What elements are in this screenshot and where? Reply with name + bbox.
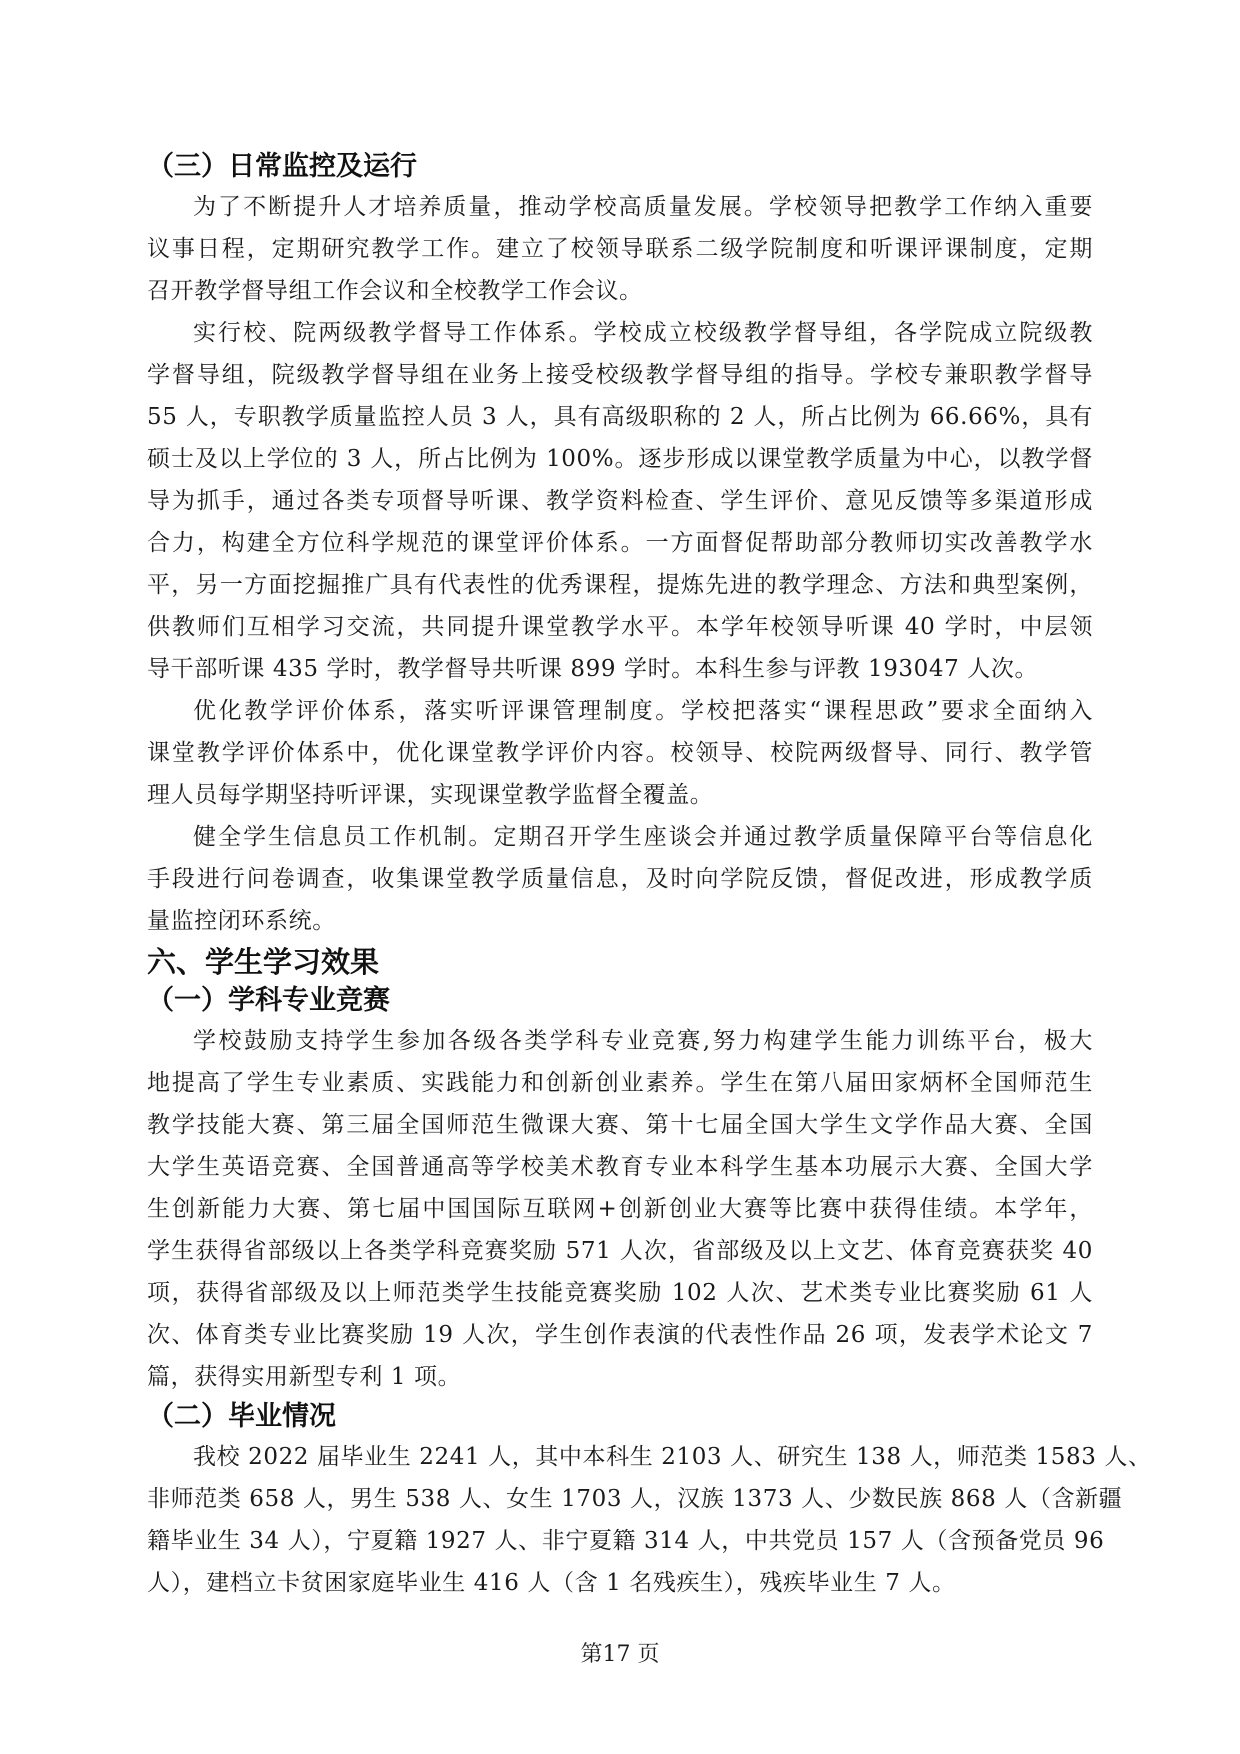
text-line: 健全学生信息员工作机制。定期召开学生座谈会并通过教学质量保障平台等信息化: [147, 816, 1093, 858]
text-line: 学校鼓励支持学生参加各级各类学科专业竞赛,努力构建学生能力训练平台，极大: [147, 1020, 1093, 1062]
text-line: 我校 2022 届毕业生 2241 人，其中本科生 2103 人、研究生 138…: [147, 1436, 1093, 1478]
document-page: （三）日常监控及运行 为了不断提升人才培养质量，推动学校高质量发展。学校领导把教…: [0, 0, 1240, 1754]
paragraph-competitions: 学校鼓励支持学生参加各级各类学科专业竞赛,努力构建学生能力训练平台，极大 地提高…: [147, 1020, 1093, 1398]
text-line: 教学技能大赛、第三届全国师范生微课大赛、第十七届全国大学生文学作品大赛、全国: [147, 1104, 1093, 1146]
text-line: 大学生英语竞赛、全国普通高等学校美术教育专业本科学生基本功展示大赛、全国大学: [147, 1146, 1093, 1188]
text-line: 生创新能力大赛、第七届中国国际互联网+创新创业大赛等比赛中获得佳绩。本学年，: [147, 1188, 1093, 1230]
text-line: 手段进行问卷调查，收集课堂教学质量信息，及时向学院反馈，督促改进，形成教学质: [147, 858, 1093, 900]
text-line: 学督导组，院级教学督导组在业务上接受校级教学督导组的指导。学校专兼职教学督导: [147, 354, 1093, 396]
text-line: 量监控闭环系统。: [147, 900, 1093, 942]
text-line: 优化教学评价体系，落实听评课管理制度。学校把落实“课程思政”要求全面纳入: [147, 690, 1093, 732]
paragraph-student-informants: 健全学生信息员工作机制。定期召开学生座谈会并通过教学质量保障平台等信息化 手段进…: [147, 816, 1093, 942]
text-line: 理人员每学期坚持听评课，实现课堂教学监督全覆盖。: [147, 774, 1093, 816]
heading-learning-outcomes: 六、学生学习效果: [147, 942, 1093, 982]
text-line: 召开教学督导组工作会议和全校教学工作会议。: [147, 270, 1093, 312]
paragraph-supervision-system: 实行校、院两级教学督导工作体系。学校成立校级教学督导组，各学院成立院级教 学督导…: [147, 312, 1093, 690]
text-line: 导为抓手，通过各类专项督导听课、教学资料检查、学生评价、意见反馈等多渠道形成: [147, 480, 1093, 522]
text-line: 供教师们互相学习交流，共同提升课堂教学水平。本学年校领导听课 40 学时，中层领: [147, 606, 1093, 648]
text-line: 导干部听课 435 学时，教学督导共听课 899 学时。本科生参与评教 1930…: [147, 648, 1093, 690]
text-line: 次、体育类专业比赛奖励 19 人次，学生创作表演的代表性作品 26 项，发表学术…: [147, 1314, 1093, 1356]
heading-graduation: （二）毕业情况: [147, 1398, 1093, 1436]
paragraph-evaluation-system: 优化教学评价体系，落实听评课管理制度。学校把落实“课程思政”要求全面纳入 课堂教…: [147, 690, 1093, 816]
text-line: 非师范类 658 人，男生 538 人、女生 1703 人，汉族 1373 人、…: [147, 1478, 1093, 1520]
text-line: 硕士及以上学位的 3 人，所占比例为 100%。逐步形成以课堂教学质量为中心，以…: [147, 438, 1093, 480]
paragraph-teaching-work: 为了不断提升人才培养质量，推动学校高质量发展。学校领导把教学工作纳入重要 议事日…: [147, 186, 1093, 312]
text-line: 学生获得省部级以上各类学科竞赛奖励 571 人次，省部级及以上文艺、体育竞赛获奖…: [147, 1230, 1093, 1272]
heading-competitions: （一）学科专业竞赛: [147, 982, 1093, 1020]
text-line: 平，另一方面挖掘推广具有代表性的优秀课程，提炼先进的教学理念、方法和典型案例，: [147, 564, 1093, 606]
text-line: 籍毕业生 34 人），宁夏籍 1927 人、非宁夏籍 314 人，中共党员 15…: [147, 1520, 1093, 1562]
text-line: 合力，构建全方位科学规范的课堂评价体系。一方面督促帮助部分教师切实改善教学水: [147, 522, 1093, 564]
text-line: 课堂教学评价体系中，优化课堂教学评价内容。校领导、校院两级督导、同行、教学管: [147, 732, 1093, 774]
text-line: 篇，获得实用新型专利 1 项。: [147, 1356, 1093, 1398]
paragraph-graduation: 我校 2022 届毕业生 2241 人，其中本科生 2103 人、研究生 138…: [147, 1436, 1093, 1604]
page-body: （三）日常监控及运行 为了不断提升人才培养质量，推动学校高质量发展。学校领导把教…: [147, 148, 1093, 1604]
heading-daily-monitoring: （三）日常监控及运行: [147, 148, 1093, 186]
text-line: 55 人，专职教学质量监控人员 3 人，具有高级职称的 2 人，所占比例为 66…: [147, 396, 1093, 438]
text-line: 实行校、院两级教学督导工作体系。学校成立校级教学督导组，各学院成立院级教: [147, 312, 1093, 354]
text-line: 议事日程，定期研究教学工作。建立了校领导联系二级学院制度和听课评课制度，定期: [147, 228, 1093, 270]
text-line: 项，获得省部级及以上师范类学生技能竞赛奖励 102 人次、艺术类专业比赛奖励 6…: [147, 1272, 1093, 1314]
text-line: 为了不断提升人才培养质量，推动学校高质量发展。学校领导把教学工作纳入重要: [147, 186, 1093, 228]
text-line: 人），建档立卡贫困家庭毕业生 416 人（含 1 名残疾生），残疾毕业生 7 人…: [147, 1562, 1093, 1604]
text-line: 地提高了学生专业素质、实践能力和创新创业素养。学生在第八届田家炳杯全国师范生: [147, 1062, 1093, 1104]
page-number: 第17 页: [0, 1640, 1240, 1670]
